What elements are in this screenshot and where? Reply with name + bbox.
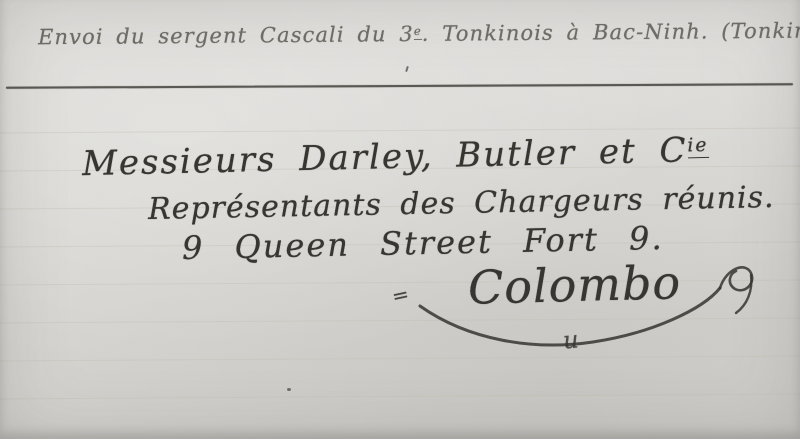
recipients-text: Messieurs Darley, Butler et C [82,130,688,184]
header-annotation: Envoi du sergent Cascali du 3e. Tonkinoi… [38,19,788,50]
recipients-superscript: ie [687,135,709,158]
address-line-recipients: Messieurs Darley, Butler et Cie [82,130,709,184]
address-line-role: Représentants des Chargeurs réunis. [148,180,775,227]
ruled-line [0,318,800,324]
equals-mark: = [390,282,411,309]
ruled-line [0,394,800,400]
header-annotation-superscript: e [414,24,422,40]
bottom-mark: u [562,325,580,354]
separator-rule [6,83,793,88]
document-photo: Envoi du sergent Cascali du 3e. Tonkinoi… [0,0,800,439]
ruled-line [0,356,800,362]
address-line-city: Colombo [467,255,681,315]
header-annotation-text: Envoi du sergent Cascali du 3 [38,22,414,49]
flourish-end-loop [720,267,752,290]
ink-speck [405,66,409,72]
ink-speck [287,388,291,391]
header-annotation-text-cont: . Tonkinois à Bac-Ninh. (Tonkin.) [422,18,800,46]
